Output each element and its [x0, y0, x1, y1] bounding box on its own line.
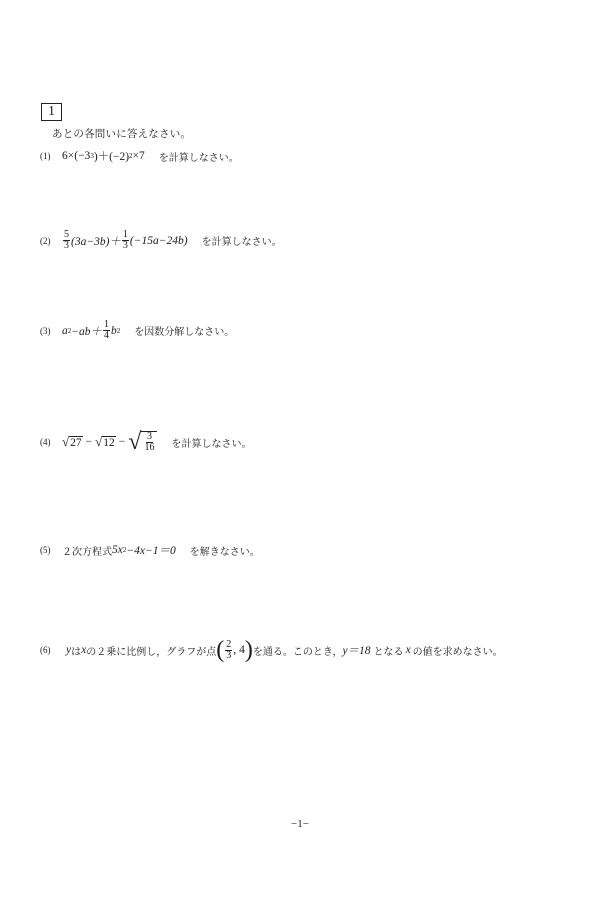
problem-expression: √27 − √12 − √316	[62, 430, 157, 454]
problem-label: (6)	[40, 645, 62, 655]
problem-5: (5) ２次方程式 5x2−4x−1＝0 を解きなさい。	[40, 542, 260, 558]
problem-instruction: を計算しなさい。	[202, 233, 282, 248]
problem-instruction: を計算しなさい。	[171, 435, 251, 450]
fraction: 53	[63, 230, 70, 251]
problem-expression: 5x2−4x−1＝0	[112, 542, 176, 558]
radical-sign-icon: √	[62, 435, 69, 449]
section-number-box: 1	[41, 103, 62, 121]
problem-label: (3)	[40, 326, 62, 336]
fraction: 23	[225, 640, 232, 661]
fraction: 14	[103, 320, 110, 341]
square-root: √12	[95, 435, 116, 449]
problem-2: (2) 53 (3a−3b)＋ 13 (−15a−24b) を計算しなさい。	[40, 230, 282, 251]
problem-3: (3) a2 −ab＋ 14 b2 を因数分解しなさい。	[40, 320, 234, 341]
problem-expression: 53 (3a−3b)＋ 13 (−15a−24b)	[62, 230, 188, 251]
problem-6: (6) y は x の２乗に比例し，グラフが点 ( 23 , 4 ) を通る。こ…	[40, 638, 503, 662]
square-root: √316	[128, 430, 157, 454]
problem-label: (4)	[40, 437, 62, 447]
fraction: 316	[143, 432, 155, 453]
problem-1: (1) 6×(−33)＋(−2)2×7 を計算しなさい。	[40, 148, 239, 164]
section-number: 1	[48, 104, 55, 119]
problem-expression: a2 −ab＋ 14 b2	[62, 320, 120, 341]
page-number: −1−	[0, 818, 600, 830]
problem-label: (1)	[40, 151, 62, 161]
problem-4: (4) √27 − √12 − √316 を計算しなさい。	[40, 430, 251, 454]
radical-sign-icon: √	[128, 430, 141, 454]
problem-instruction: を計算しなさい。	[159, 149, 239, 164]
problem-instruction: を解きなさい。	[190, 543, 260, 558]
problem-label: (5)	[40, 545, 62, 555]
section-instruction: あとの各問いに答えなさい。	[52, 126, 191, 141]
problem-expression: 6×(−33)＋(−2)2×7	[62, 148, 145, 164]
problem-instruction: を因数分解しなさい。	[134, 323, 234, 338]
exam-page: 1 あとの各問いに答えなさい。 (1) 6×(−33)＋(−2)2×7 を計算し…	[0, 0, 600, 900]
square-root: √27	[62, 435, 83, 449]
fraction: 13	[122, 230, 129, 251]
radical-sign-icon: √	[95, 435, 102, 449]
point-coordinates: ( 23 , 4 )	[216, 638, 253, 662]
problem-label: (2)	[40, 236, 62, 246]
